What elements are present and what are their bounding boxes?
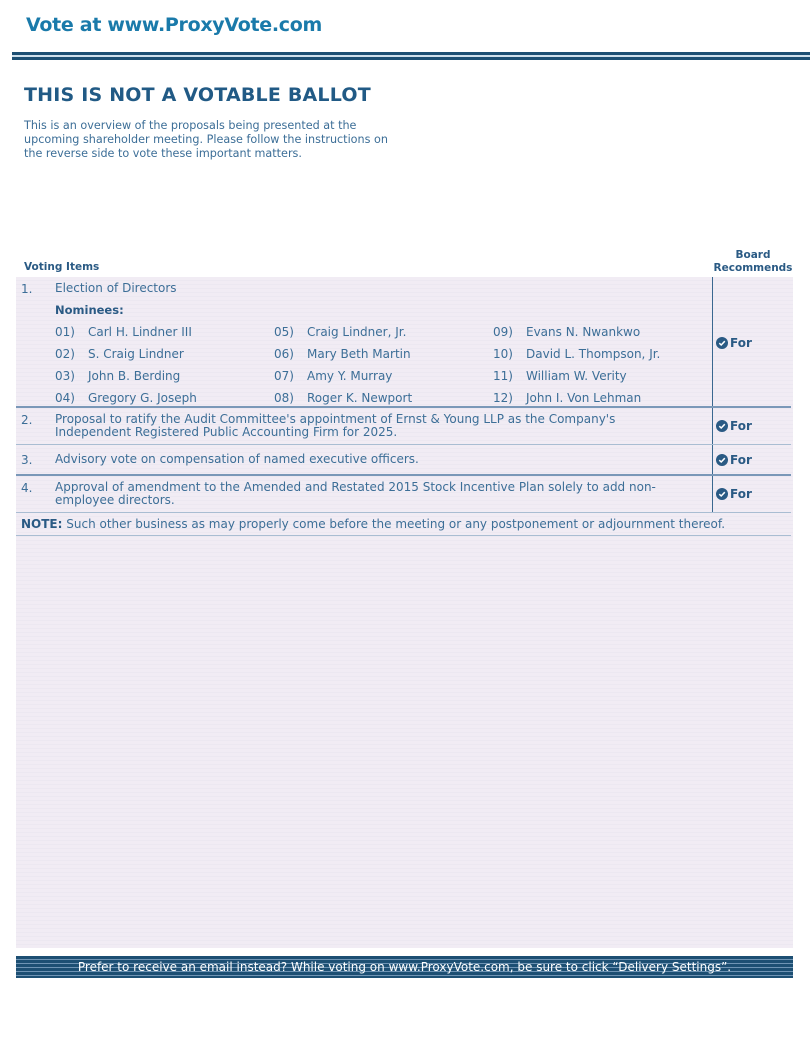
- item-3-recommendation: For: [716, 453, 752, 467]
- nominee-08: 08)Roger K. Newport: [274, 391, 412, 405]
- item-2-text: Proposal to ratify the Audit Committee's…: [55, 413, 695, 439]
- item-1-number: 1.: [21, 282, 32, 296]
- notice-intro: This is an overview of the proposals bei…: [24, 119, 404, 161]
- board-recommends-header: Board Recommends: [712, 249, 794, 274]
- check-circle-icon: [716, 337, 728, 349]
- nominee-09: 09)Evans N. Nwankwo: [493, 325, 640, 339]
- note-label: NOTE:: [21, 517, 62, 531]
- nominee-12: 12)John I. Von Lehman: [493, 391, 641, 405]
- nominee-01: 01)Carl H. Lindner III: [55, 325, 192, 339]
- nominee-02: 02)S. Craig Lindner: [55, 347, 184, 361]
- nominee-07: 07)Amy Y. Murray: [274, 369, 392, 383]
- note: NOTE: Such other business as may properl…: [21, 517, 725, 531]
- item-4-text: Approval of amendment to the Amended and…: [55, 481, 695, 507]
- nominee-03: 03)John B. Berding: [55, 369, 180, 383]
- item-4-number: 4.: [21, 481, 32, 495]
- nominee-04: 04)Gregory G. Joseph: [55, 391, 197, 405]
- top-divider: [12, 52, 810, 60]
- row-divider: [16, 474, 791, 476]
- recommends-label: Recommends: [712, 262, 794, 275]
- row-divider: [16, 512, 791, 513]
- item-4-recommendation: For: [716, 487, 752, 501]
- item-2-number: 2.: [21, 413, 32, 427]
- row-divider: [16, 444, 791, 445]
- check-circle-icon: [716, 420, 728, 432]
- item-2-recommendation: For: [716, 419, 752, 433]
- check-circle-icon: [716, 454, 728, 466]
- delivery-settings-banner: Prefer to receive an email instead? Whil…: [16, 956, 793, 978]
- nominee-05: 05)Craig Lindner, Jr.: [274, 325, 406, 339]
- item-1-text: Election of Directors: [55, 282, 695, 295]
- item-3-text: Advisory vote on compensation of named e…: [55, 453, 695, 466]
- nominee-10: 10)David L. Thompson, Jr.: [493, 347, 660, 361]
- recommend-column-divider: [712, 277, 713, 513]
- vote-url-heading: Vote at www.ProxyVote.com: [26, 14, 322, 36]
- nominees-label: Nominees:: [55, 303, 124, 317]
- row-divider: [16, 535, 791, 536]
- check-circle-icon: [716, 488, 728, 500]
- row-divider: [16, 406, 791, 408]
- nominee-06: 06)Mary Beth Martin: [274, 347, 411, 361]
- voting-items-header: Voting Items: [24, 261, 99, 273]
- notice-title: THIS IS NOT A VOTABLE BALLOT: [24, 84, 371, 106]
- item-1-recommendation: For: [716, 336, 752, 350]
- note-text: Such other business as may properly come…: [62, 517, 725, 531]
- item-3-number: 3.: [21, 453, 32, 467]
- board-label: Board: [712, 249, 794, 262]
- nominee-11: 11)William W. Verity: [493, 369, 627, 383]
